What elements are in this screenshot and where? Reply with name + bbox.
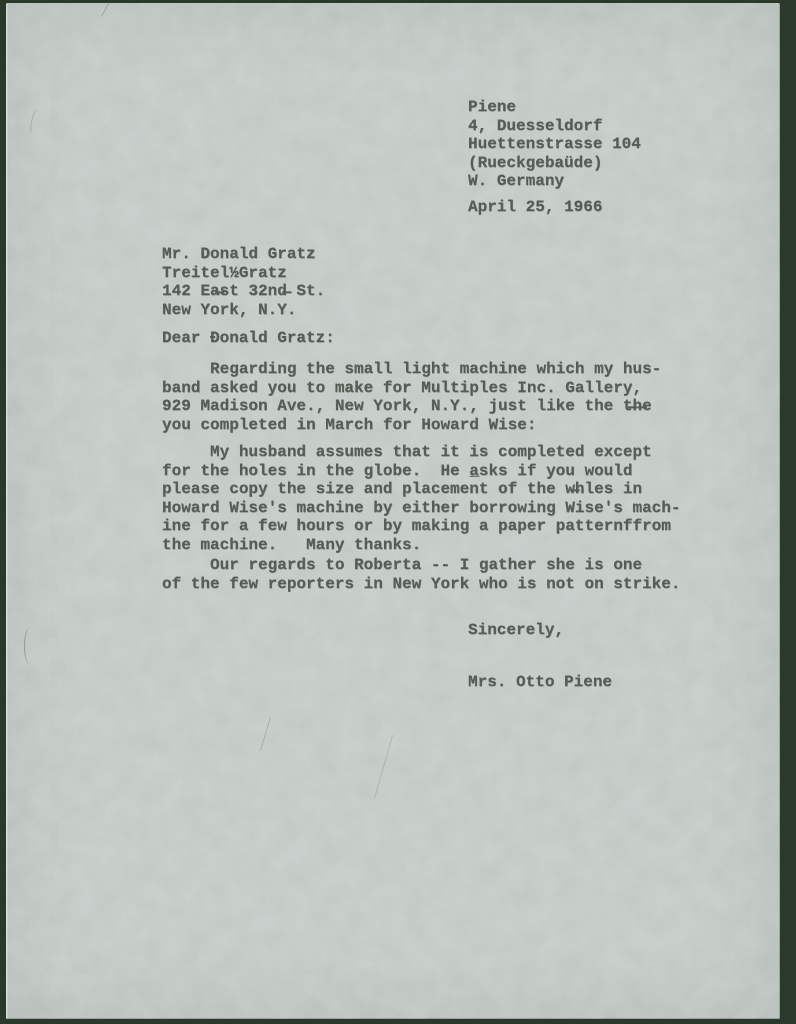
scan-background: { "page": { "background_color": "#2b382c… (0, 0, 796, 1024)
scratch-mark (260, 718, 271, 751)
sender-address-block: Piene4, DuesseldorfHuettenstrasse 104(Ru… (468, 98, 641, 191)
body-paragraph-2: My husband assumes that it is completed … (162, 443, 680, 555)
letter-line: Piene (468, 98, 641, 117)
letter-line: 929 Madison Ave., New York, N.Y., just l… (162, 397, 661, 416)
letter-line: Huettenstrasse 104 (468, 135, 641, 154)
letter-line: please copy the size and placement of th… (162, 480, 680, 499)
date-line: April 25, 1966 (468, 198, 602, 217)
letter-paper: Piene4, DuesseldorfHuettenstrasse 104(Ru… (6, 3, 780, 1019)
letter-line: Treitel½Gratz (162, 264, 325, 283)
letter-line: (Rueckgebaüde) (468, 154, 641, 173)
letter-line: W. Germany (468, 172, 641, 191)
letter-line: 142 Ea̶st 32nd̶ St. (162, 282, 325, 301)
closing-line: Sincerely, (468, 621, 564, 640)
body-paragraph-1: Regarding the small light machine which … (162, 360, 661, 434)
letter-line: New York, N.Y. (162, 301, 325, 320)
letter-line: the machine. Many thanks. (162, 536, 680, 555)
letter-line: for the holes in the globe. He a̲sks if … (162, 462, 680, 481)
letter-line: Our regards to Roberta -- I gather she i… (162, 556, 680, 575)
scratch-mark (374, 735, 393, 799)
letter-line: you completed in March for Howard Wise: (162, 416, 661, 435)
pen-mark (28, 108, 42, 135)
letter-line: Mr. Donald Gratz (162, 245, 325, 264)
signature-line: Mrs. Otto Piene (468, 673, 612, 692)
letter-line: Regarding the small light machine which … (162, 360, 661, 379)
pen-mark (24, 628, 35, 664)
salutation-line: Dear Đonald Gratz: (162, 329, 335, 348)
letter-line: My husband assumes that it is completed … (162, 443, 680, 462)
letter-line: ine for a few hours or by making a paper… (162, 517, 680, 536)
body-paragraph-3: Our regards to Roberta -- I gather she i… (162, 556, 680, 593)
letter-line: of the few reporters in New York who is … (162, 575, 680, 594)
recipient-address-block: Mr. Donald GratzTreitel½Gratz142 Ea̶st 3… (162, 245, 325, 319)
letter-line: Howard Wise's machine by either borrowin… (162, 499, 680, 518)
scratch-mark (101, 2, 109, 17)
letter-line: band asked you to make for Multiples Inc… (162, 379, 661, 398)
letter-line: 4, Duesseldorf (468, 117, 641, 136)
